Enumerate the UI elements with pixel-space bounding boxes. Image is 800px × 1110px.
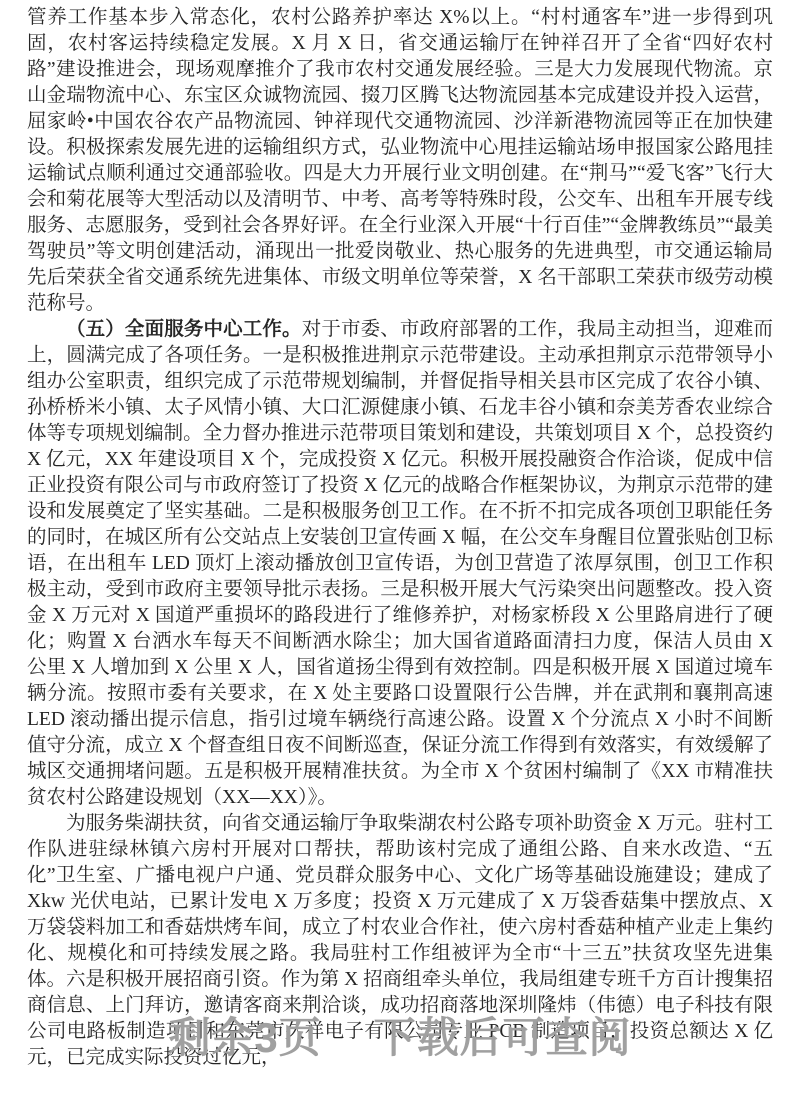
- paragraph-text: 对于市委、市政府部署的工作，我局主动担当，迎难而上，圆满完成了各项任务。一是积极…: [27, 319, 773, 808]
- document-body: 管养工作基本步入常态化，农村公路养护率达 X%以上。“村村通客车”进一步得到巩固…: [27, 5, 773, 1071]
- paragraph-continuation: 管养工作基本步入常态化，农村公路养护率达 X%以上。“村村通客车”进一步得到巩固…: [27, 5, 773, 317]
- paragraph-text: 管养工作基本步入常态化，农村公路养护率达 X%以上。“村村通客车”进一步得到巩固…: [27, 7, 773, 314]
- document-page: 管养工作基本步入常态化，农村公路养护率达 X%以上。“村村通客车”进一步得到巩固…: [0, 0, 800, 1110]
- paragraph-section-five: （五）全面服务中心工作。对于市委、市政府部署的工作，我局主动担当，迎难而上，圆满…: [27, 317, 773, 811]
- section-heading: （五）全面服务中心工作。: [66, 319, 302, 340]
- remaining-pages-label: 剩余3页: [168, 1014, 321, 1061]
- pagination-banner: 剩余3页下载后可查阅: [0, 1005, 800, 1065]
- download-hint-label: 下载后可查阅: [374, 1014, 632, 1061]
